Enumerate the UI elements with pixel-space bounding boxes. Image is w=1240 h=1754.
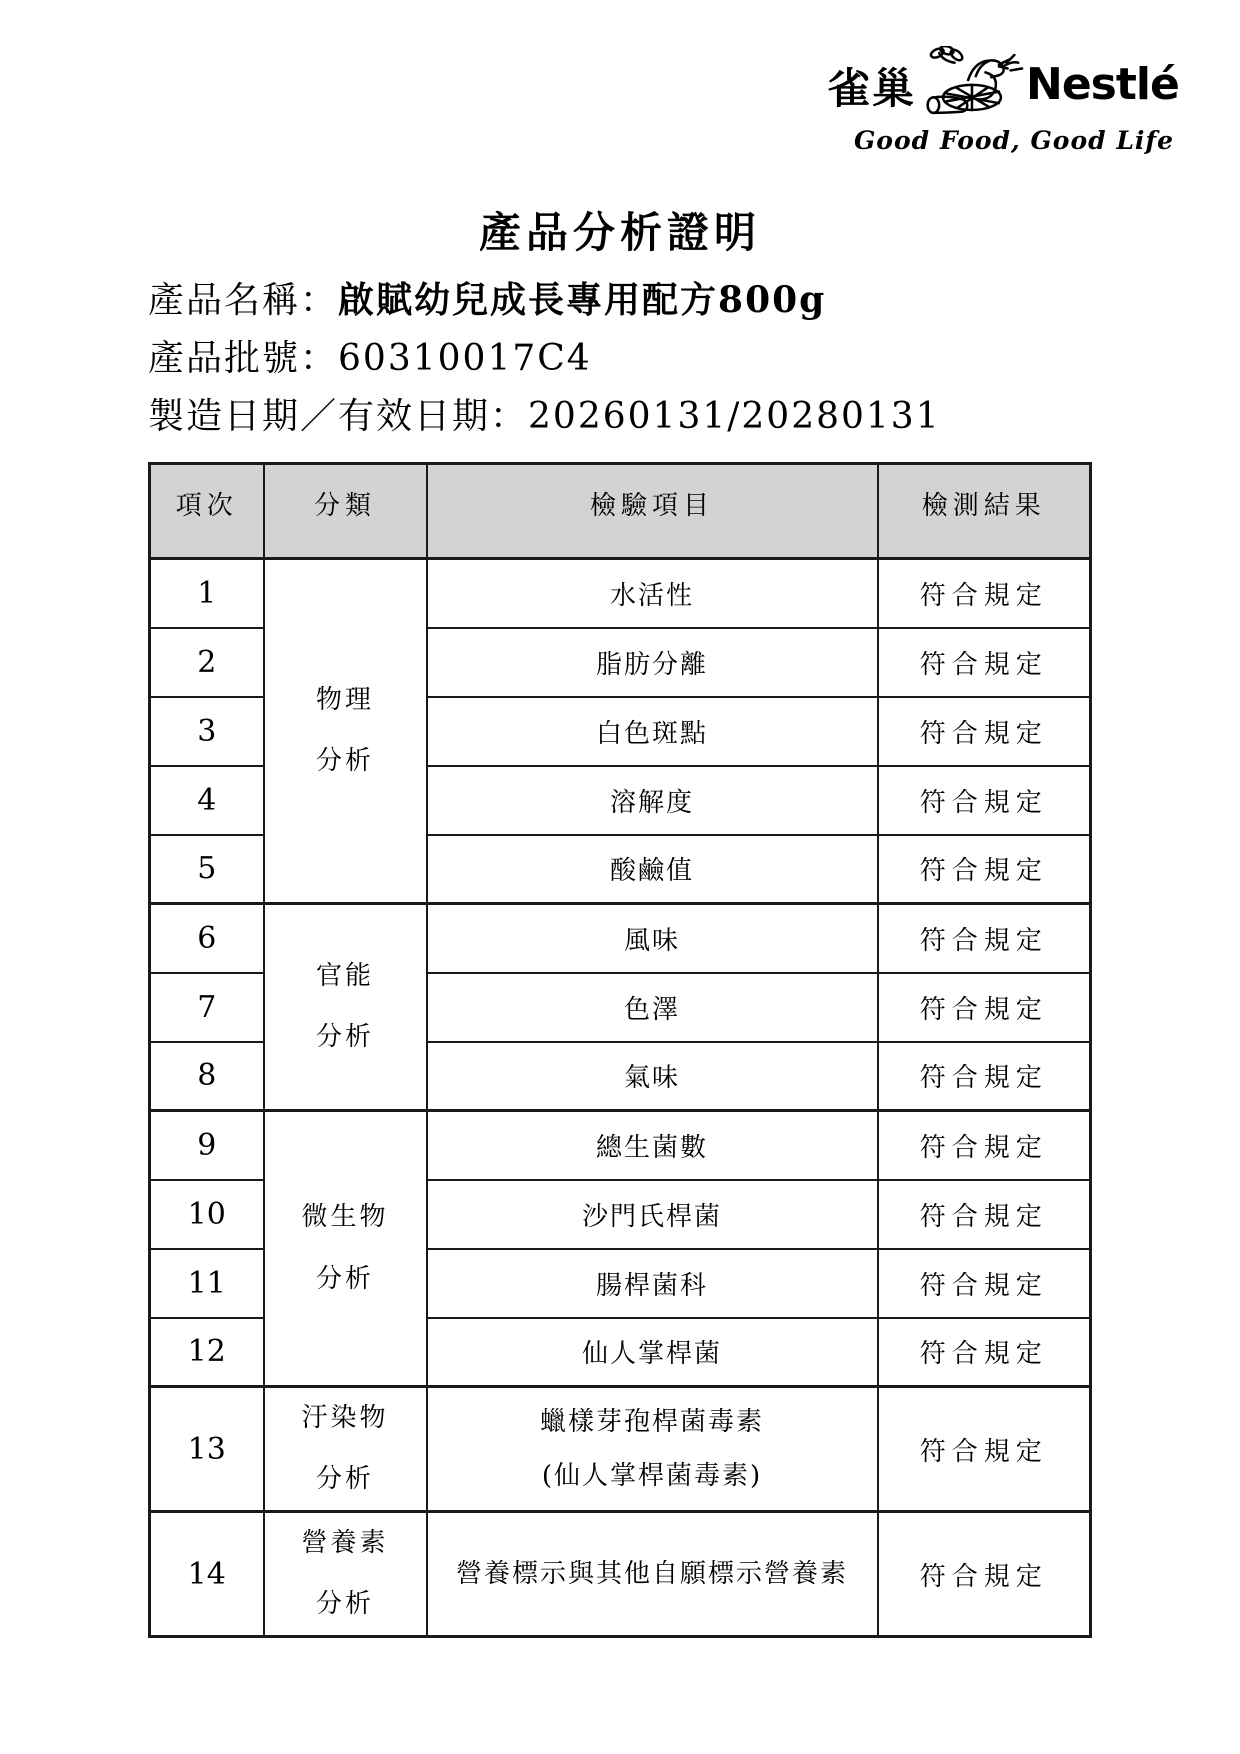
row-number-cell: 11 [150, 1249, 264, 1318]
result-cell: 符合規定 [878, 1512, 1091, 1637]
test-item-cell: 水活性 [427, 559, 878, 628]
product-name-label: 產品名稱： [148, 280, 338, 321]
test-item-cell: 風味 [427, 904, 878, 973]
product-name-value: 啟賦幼兒成長專用配方800g [338, 279, 826, 321]
nestle-tagline: Good Food, Good Life [828, 126, 1200, 155]
category-cell-nutrient: 營養素 分析 [264, 1512, 427, 1637]
row-number-cell: 3 [150, 697, 264, 766]
test-item-cell: 色澤 [427, 973, 878, 1042]
row-number-cell: 2 [150, 628, 264, 697]
test-item-cell: 總生菌數 [427, 1111, 878, 1180]
table-row: 1 物理 分析 水活性 符合規定 [150, 559, 1091, 628]
test-item-cell: 溶解度 [427, 766, 878, 835]
header-row: 項次 分類 檢驗項目 檢測結果 [150, 464, 1091, 559]
result-cell: 符合規定 [878, 697, 1091, 766]
test-item-cell: 腸桿菌科 [427, 1249, 878, 1318]
test-item-cell: 沙門氏桿菌 [427, 1180, 878, 1249]
result-cell: 符合規定 [878, 1042, 1091, 1111]
test-item-cell: 營養標示與其他自願標示營養素 [427, 1512, 878, 1637]
row-number-cell: 13 [150, 1387, 264, 1512]
table-row: 6 官能 分析 風味 符合規定 [150, 904, 1091, 973]
row-number-cell: 1 [150, 559, 264, 628]
nestle-chinese-name: 雀巢 [828, 54, 916, 110]
result-cell: 符合規定 [878, 628, 1091, 697]
result-cell: 符合規定 [878, 1387, 1091, 1512]
table-row: 9 微生物 分析 總生菌數 符合規定 [150, 1111, 1091, 1180]
nestle-wordmark: Nestlé [1026, 57, 1179, 107]
result-cell: 符合規定 [878, 1249, 1091, 1318]
row-number-cell: 10 [150, 1180, 264, 1249]
dates-value: 20260131/20280131 [528, 396, 941, 437]
result-cell: 符合規定 [878, 766, 1091, 835]
batch-number-line: 產品批號：60310017C4 [148, 330, 592, 381]
table-row: 13 汙染物 分析 蠟樣芽孢桿菌毒素 (仙人掌桿菌毒素) 符合規定 [150, 1387, 1091, 1512]
product-name-line: 產品名稱：啟賦幼兒成長專用配方800g [148, 272, 826, 323]
col-header-result: 檢測結果 [878, 464, 1091, 559]
test-item-cell: 白色斑點 [427, 697, 878, 766]
row-number-cell: 12 [150, 1318, 264, 1387]
nestle-nest-icon [918, 46, 1024, 118]
certificate-page: 雀巢 [0, 0, 1240, 1754]
category-cell-contaminant: 汙染物 分析 [264, 1387, 427, 1512]
test-item-cell: 氣味 [427, 1042, 878, 1111]
row-number-cell: 7 [150, 973, 264, 1042]
col-header-item-no: 項次 [150, 464, 264, 559]
page-title: 產品分析證明 [0, 200, 1240, 260]
row-number-cell: 9 [150, 1111, 264, 1180]
dates-line: 製造日期／有效日期：20260131/20280131 [148, 388, 941, 439]
result-cell: 符合規定 [878, 835, 1091, 904]
test-item-cell: 酸鹼值 [427, 835, 878, 904]
result-cell: 符合規定 [878, 973, 1091, 1042]
nestle-logo: 雀巢 [828, 46, 1200, 155]
category-cell-sensory: 官能 分析 [264, 904, 427, 1111]
row-number-cell: 5 [150, 835, 264, 904]
result-cell: 符合規定 [878, 1111, 1091, 1180]
result-cell: 符合規定 [878, 904, 1091, 973]
category-cell-microbio: 微生物 分析 [264, 1111, 427, 1387]
col-header-test-item: 檢驗項目 [427, 464, 878, 559]
test-item-cell: 脂肪分離 [427, 628, 878, 697]
col-header-category: 分類 [264, 464, 427, 559]
test-item-cell: 仙人掌桿菌 [427, 1318, 878, 1387]
row-number-cell: 6 [150, 904, 264, 973]
result-cell: 符合規定 [878, 1318, 1091, 1387]
test-item-cell: 蠟樣芽孢桿菌毒素 (仙人掌桿菌毒素) [427, 1387, 878, 1512]
category-cell-physical: 物理 分析 [264, 559, 427, 904]
result-cell: 符合規定 [878, 1180, 1091, 1249]
table-row: 14 營養素 分析 營養標示與其他自願標示營養素 符合規定 [150, 1512, 1091, 1637]
result-cell: 符合規定 [878, 559, 1091, 628]
row-number-cell: 14 [150, 1512, 264, 1637]
batch-number-label: 產品批號： [148, 338, 338, 379]
batch-number-value: 60310017C4 [338, 338, 592, 379]
dates-label: 製造日期／有效日期： [148, 396, 528, 437]
row-number-cell: 4 [150, 766, 264, 835]
nestle-logo-row: 雀巢 [828, 46, 1200, 118]
analysis-table: 項次 分類 檢驗項目 檢測結果 1 物理 分析 水活性 符合規定 2 脂肪分離 … [148, 462, 1092, 1638]
row-number-cell: 8 [150, 1042, 264, 1111]
